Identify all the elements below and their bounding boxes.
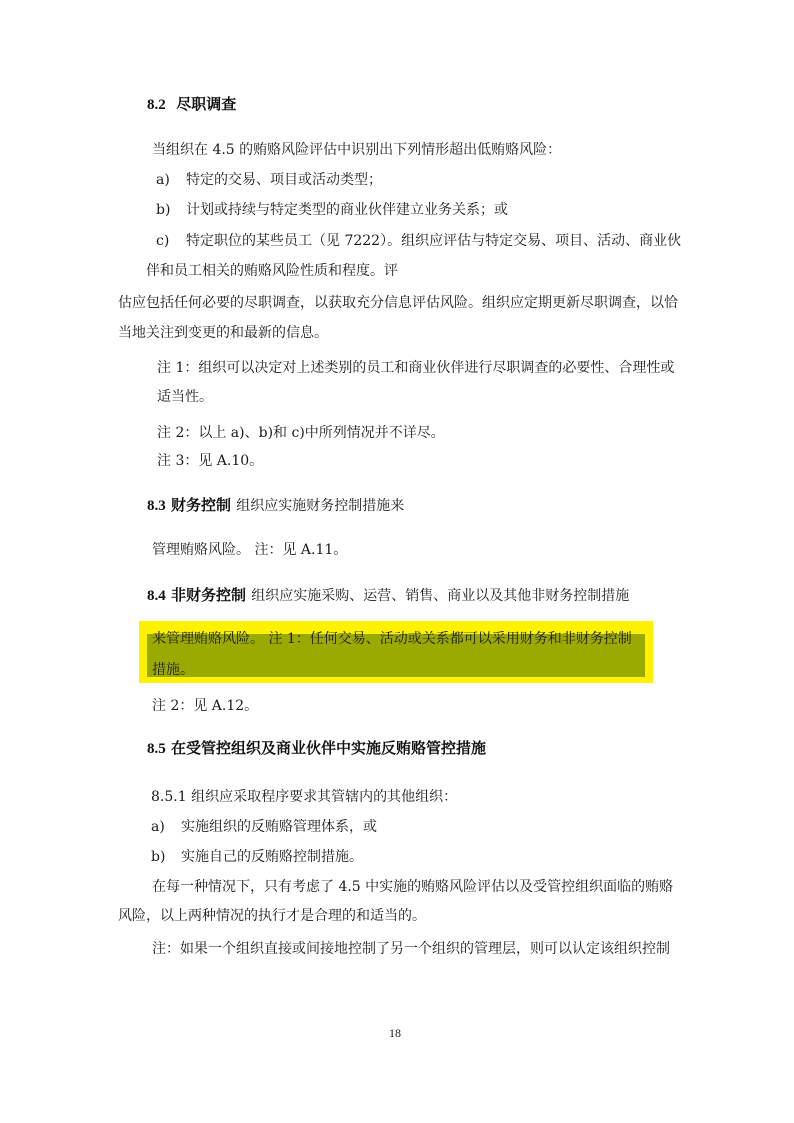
list-item-b: b)实施自己的反贿赂控制措施。: [151, 848, 363, 866]
intro-paragraph: 当组织在 4.5 的贿赂风险评估中识别出下列情形超出低贿赂风险：: [152, 141, 561, 159]
document-page: 8.2 尽职调查 当组织在 4.5 的贿赂风险评估中识别出下列情形超出低贿赂风险…: [0, 0, 794, 1123]
list-item-c-continuation: 伴和员工相关的贿赂风险性质和程度。评: [146, 262, 398, 280]
highlighted-text-line2: 措施。: [152, 661, 194, 679]
paragraph-line: 当地关注到变更的和最新的信息。: [118, 324, 328, 342]
section-heading-8-5: 8.5 在受管控组织及商业伙伴中实施反贿赂管控措施: [147, 739, 486, 758]
list-marker: a): [151, 818, 181, 836]
section-number: 8.4: [147, 588, 166, 604]
section-heading-8-2: 8.2 尽职调查: [147, 95, 236, 114]
list-item-a: a)特定的交易、项目或活动类型；: [156, 171, 382, 189]
list-item-text: 实施自己的反贿赂控制措施。: [181, 849, 363, 865]
list-marker: a): [156, 171, 186, 189]
list-marker: c): [156, 232, 186, 250]
paragraph-line: 估应包括任何必要的尽职调查，以获取充分信息评估风险。组织应定期更新尽职调查，以恰: [118, 294, 678, 312]
list-item-a: a)实施组织的反贿赂管理体系，或: [151, 818, 377, 836]
section-title: 尽职调查: [176, 95, 236, 113]
section-8-3-continuation: 管理贿赂风险。 注：见 A.11。: [152, 541, 347, 559]
list-item-text: 特定职位的某些员工（见 7222）。组织应评估与特定交易、项目、活动、商业伙: [186, 233, 681, 249]
paragraph-line: 风险，以上两种情况的执行才是合理的和适当的。: [118, 907, 426, 925]
list-item-text: 计划或持续与特定类型的商业伙伴建立业务关系；或: [186, 202, 508, 218]
page-number: 18: [389, 1026, 401, 1041]
note-1-line1: 注 1：组织可以决定对上述类别的员工和商业伙伴进行尽职调查的必要性、合理性或: [157, 359, 674, 377]
note-1-line2: 适当性。: [157, 388, 213, 406]
note-line: 注：如果一个组织直接或间接地控制了另一个组织的管理层，则可以认定该组织控制: [152, 940, 670, 958]
section-heading-8-4: 8.4 非财务控制 组织应实施采购、运营、销售、商业以及其他非财务控制措施: [147, 586, 629, 605]
section-inline-text: 组织应实施财务控制措施来: [236, 498, 404, 514]
section-number: 8.5: [147, 741, 166, 757]
list-item-b: b)计划或持续与特定类型的商业伙伴建立业务关系；或: [156, 201, 508, 219]
list-item-c: c)特定职位的某些员工（见 7222）。组织应评估与特定交易、项目、活动、商业伙: [156, 232, 681, 250]
section-number: 8.2: [147, 97, 166, 113]
section-8-4-note-2: 注 2：见 A.12。: [152, 697, 258, 715]
section-title: 非财务控制: [171, 586, 246, 604]
highlighted-text-line1: 来管理贿赂风险。 注 1：任何交易、活动或关系都可以采用财务和非财务控制: [152, 630, 632, 648]
section-title: 在受管控组织及商业伙伴中实施反贿赂管控措施: [171, 739, 486, 757]
paragraph-line: 在每一种情况下，只有考虑了 4.5 中实施的贿赂风险评估以及受管控组织面临的贿赂: [152, 878, 673, 896]
list-item-text: 实施组织的反贿赂管理体系，或: [181, 819, 377, 835]
note-3: 注 3：见 A.10。: [157, 452, 263, 470]
section-inline-text: 组织应实施采购、运营、销售、商业以及其他非财务控制措施: [251, 588, 629, 604]
list-marker: b): [156, 201, 186, 219]
section-heading-8-3: 8.3 财务控制 组织应实施财务控制措施来: [147, 496, 404, 515]
list-marker: b): [151, 848, 181, 866]
section-number: 8.3: [147, 498, 166, 514]
list-item-text: 特定的交易、项目或活动类型；: [186, 172, 382, 188]
section-title: 财务控制: [171, 496, 231, 514]
note-2: 注 2：以上 a)、b)和 c)中所列情况并不详尽。: [157, 424, 445, 442]
subsection-8-5-1: 8.5.1 组织应采取程序要求其管辖内的其他组织：: [151, 788, 457, 806]
